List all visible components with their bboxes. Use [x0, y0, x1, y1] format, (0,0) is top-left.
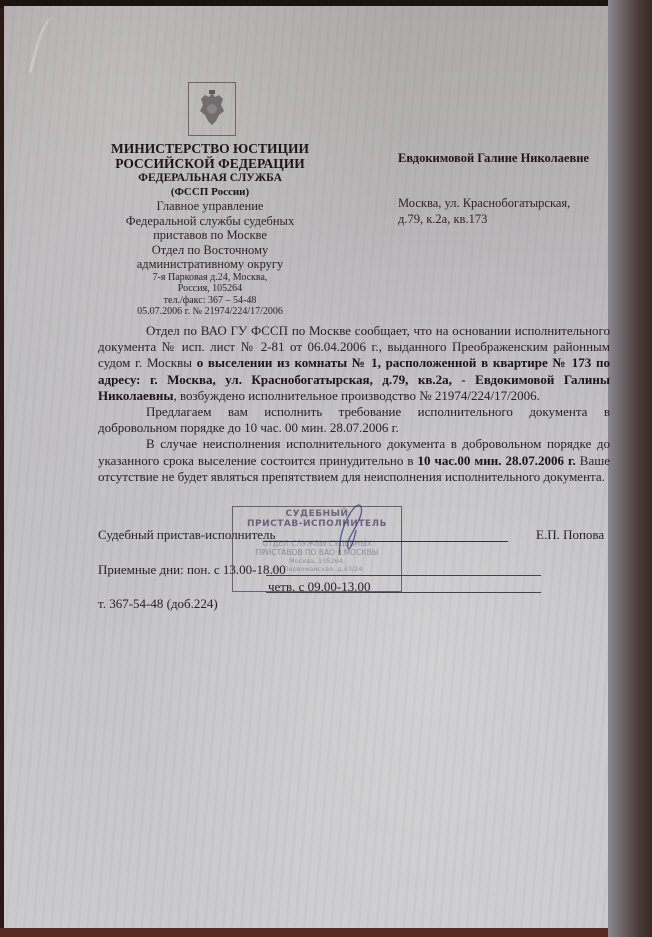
- department-line2: Федеральной службы судебных: [100, 214, 320, 229]
- letter-body: Отдел по ВАО ГУ ФССП по Москве сообщает,…: [98, 323, 610, 485]
- coat-of-arms-icon: [188, 82, 236, 136]
- handwritten-signature-icon: [330, 500, 370, 560]
- underline-2: [266, 592, 541, 593]
- reception-hours: Приемные дни: пон. с 13.00-18.00 четв. с…: [98, 561, 370, 612]
- department-line5: административному округу: [100, 257, 320, 272]
- addressee-block: Евдокимовой Галине Николаевне Москва, ул…: [398, 151, 589, 227]
- body-paragraph-1: Отдел по ВАО ГУ ФССП по Москве сообщает,…: [98, 323, 610, 404]
- addressee-address-line2: д.79, к.2а, кв.173: [398, 211, 589, 227]
- paper-crease: [29, 14, 67, 78]
- org-address-line2: Россия, 105264: [100, 283, 320, 295]
- photo-background-bottom: [0, 928, 652, 937]
- body-paragraph-2: Предлагаем вам исполнить требование испо…: [98, 404, 610, 436]
- service-abbr: (ФССП России): [100, 185, 320, 199]
- addressee-name: Евдокимовой Галине Николаевне: [398, 151, 589, 166]
- signatory-name: Е.П. Попова: [536, 527, 604, 543]
- addressee-address: Москва, ул. Краснобогатырская, д.79, к.2…: [398, 195, 589, 227]
- addressee-address-line1: Москва, ул. Краснобогатырская,: [398, 195, 589, 211]
- department-line1: Главное управление: [100, 199, 320, 214]
- ministry-line1: МИНИСТЕРСТВО ЮСТИЦИИ: [100, 141, 320, 156]
- department-line3: приставов по Москве: [100, 228, 320, 243]
- signature-line: [263, 541, 508, 542]
- ministry-line2: РОССИЙСКОЙ ФЕДЕРАЦИИ: [100, 156, 320, 171]
- photo-background-right: [608, 0, 652, 937]
- org-phone: тел./факс: 367 – 54-48: [100, 295, 320, 307]
- service-line: ФЕДЕРАЛЬНАЯ СЛУЖБА: [100, 171, 320, 185]
- reception-phone: т. 367-54-48 (доб.224): [98, 595, 370, 612]
- underline-1: [266, 575, 541, 576]
- department-line4: Отдел по Восточному: [100, 243, 320, 258]
- signatory-title: Судебный пристав-исполнитель: [98, 527, 275, 543]
- document-reference: 05.07.2006 г. № 21974/224/17/2006: [100, 306, 320, 318]
- org-address-line1: 7-я Парковая д.24, Москва,: [100, 272, 320, 284]
- sender-organization-header: МИНИСТЕРСТВО ЮСТИЦИИ РОССИЙСКОЙ ФЕДЕРАЦИ…: [100, 141, 320, 318]
- eviction-deadline: 10 час.00 мин. 28.07.2006 г.: [418, 453, 576, 468]
- body-paragraph-3: В случае неисполнения исполнительного до…: [98, 436, 610, 485]
